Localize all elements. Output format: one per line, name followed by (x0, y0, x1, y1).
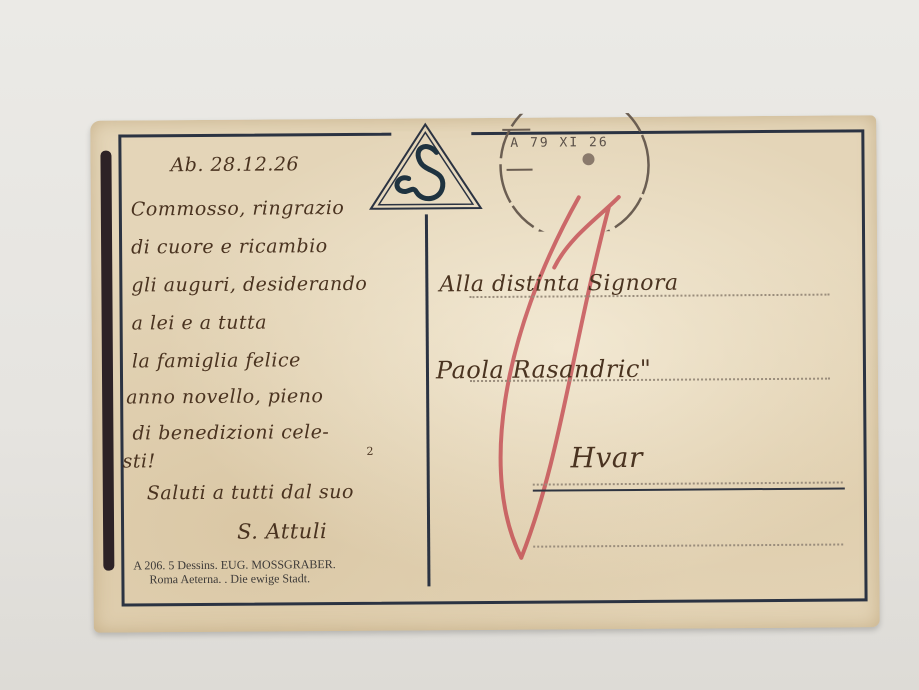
postmark-text: A 79 XI 26 (510, 135, 608, 151)
message-line-1: Commosso, ringrazio (131, 197, 345, 220)
signature: S. Attuli (237, 519, 327, 544)
address-line-3: Hvar (570, 441, 643, 475)
message-line-3: gli auguri, desiderando (131, 273, 367, 297)
message-line-8: sti! (123, 450, 156, 472)
message-line-7: di benedizioni cele- (132, 421, 329, 444)
side-decorative-bar (100, 151, 114, 571)
footnote-mark: 2 (366, 445, 374, 458)
address-line-1: Alla distinta Signora (439, 271, 678, 298)
closing-line: Saluti a tutti dal suo (147, 481, 354, 504)
message-line-4: a lei e a tutta (132, 312, 268, 335)
message-line-5: la famiglia felice (132, 349, 301, 372)
message-line-6: anno novello, pieno (126, 385, 323, 408)
caption-line-2: Roma Aeterna. . Die ewige Stadt. (149, 571, 310, 587)
message-date: Ab. 28.12.26 (170, 153, 299, 176)
postcard: A 79 XI 26 Ab. 28.12.26 Commosso, ringra… (90, 115, 880, 632)
message-line-2: di cuore e ricambio (131, 235, 328, 258)
